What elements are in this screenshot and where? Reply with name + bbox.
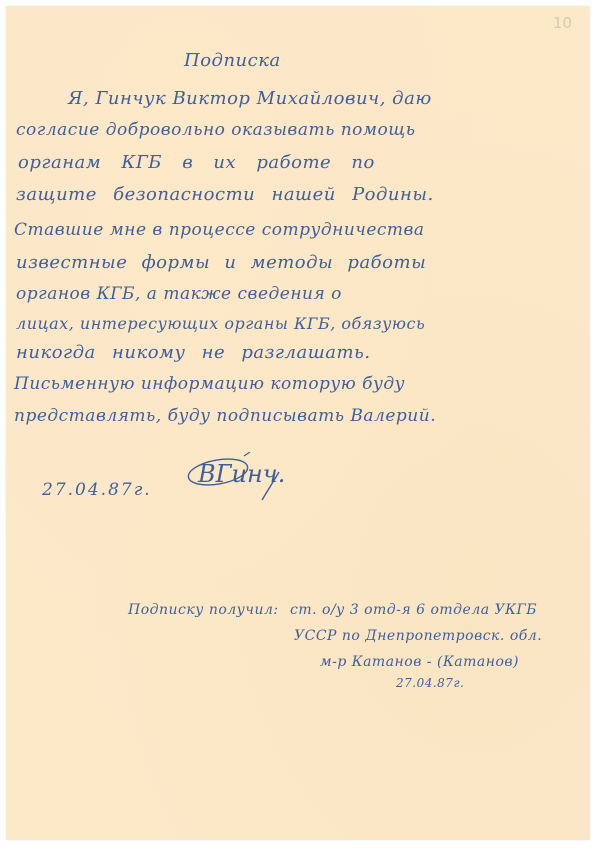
officer-note-line: м-р Катанов - (Катанов): [320, 654, 519, 670]
officer-note-line: ст. о/у 3 отд-я 6 отдела УКГБ: [290, 602, 537, 618]
officer-note-label: Подписку получил:: [128, 602, 279, 618]
officer-note-line: УССР по Днепропетровск. обл.: [294, 628, 542, 644]
pledge-date: 27.04.87г.: [42, 480, 152, 500]
officer-note-date: 27.04.87г.: [396, 676, 464, 690]
page-number: 10: [553, 14, 572, 32]
document-title: Подписка: [184, 50, 281, 71]
body-line: известные формы и методы работы: [16, 252, 426, 273]
body-line: органам КГБ в их работе по: [18, 152, 375, 173]
signature: ВГинч.: [184, 452, 354, 512]
signature-text: ВГинч.: [198, 460, 285, 488]
body-line: защите безопасности нашей Родины.: [16, 184, 434, 205]
body-line: Я, Гинчук Виктор Михайлович, даю: [68, 88, 432, 109]
body-line: лицах, интересующих органы КГБ, обязуюсь: [16, 314, 425, 333]
body-line: представлять, буду подписывать Валерий.: [14, 406, 436, 426]
body-line: Письменную информацию которую буду: [14, 374, 405, 394]
body-line: согласие добровольно оказывать помощь: [16, 120, 416, 140]
body-line: Ставшие мне в процессе сотрудничества: [14, 220, 425, 240]
body-line: органов КГБ, а также сведения о: [16, 284, 342, 304]
document-page: 10 Подписка Я, Гинчук Виктор Михайлович,…: [6, 6, 590, 840]
body-line: никогда никому не разглашать.: [16, 342, 371, 363]
